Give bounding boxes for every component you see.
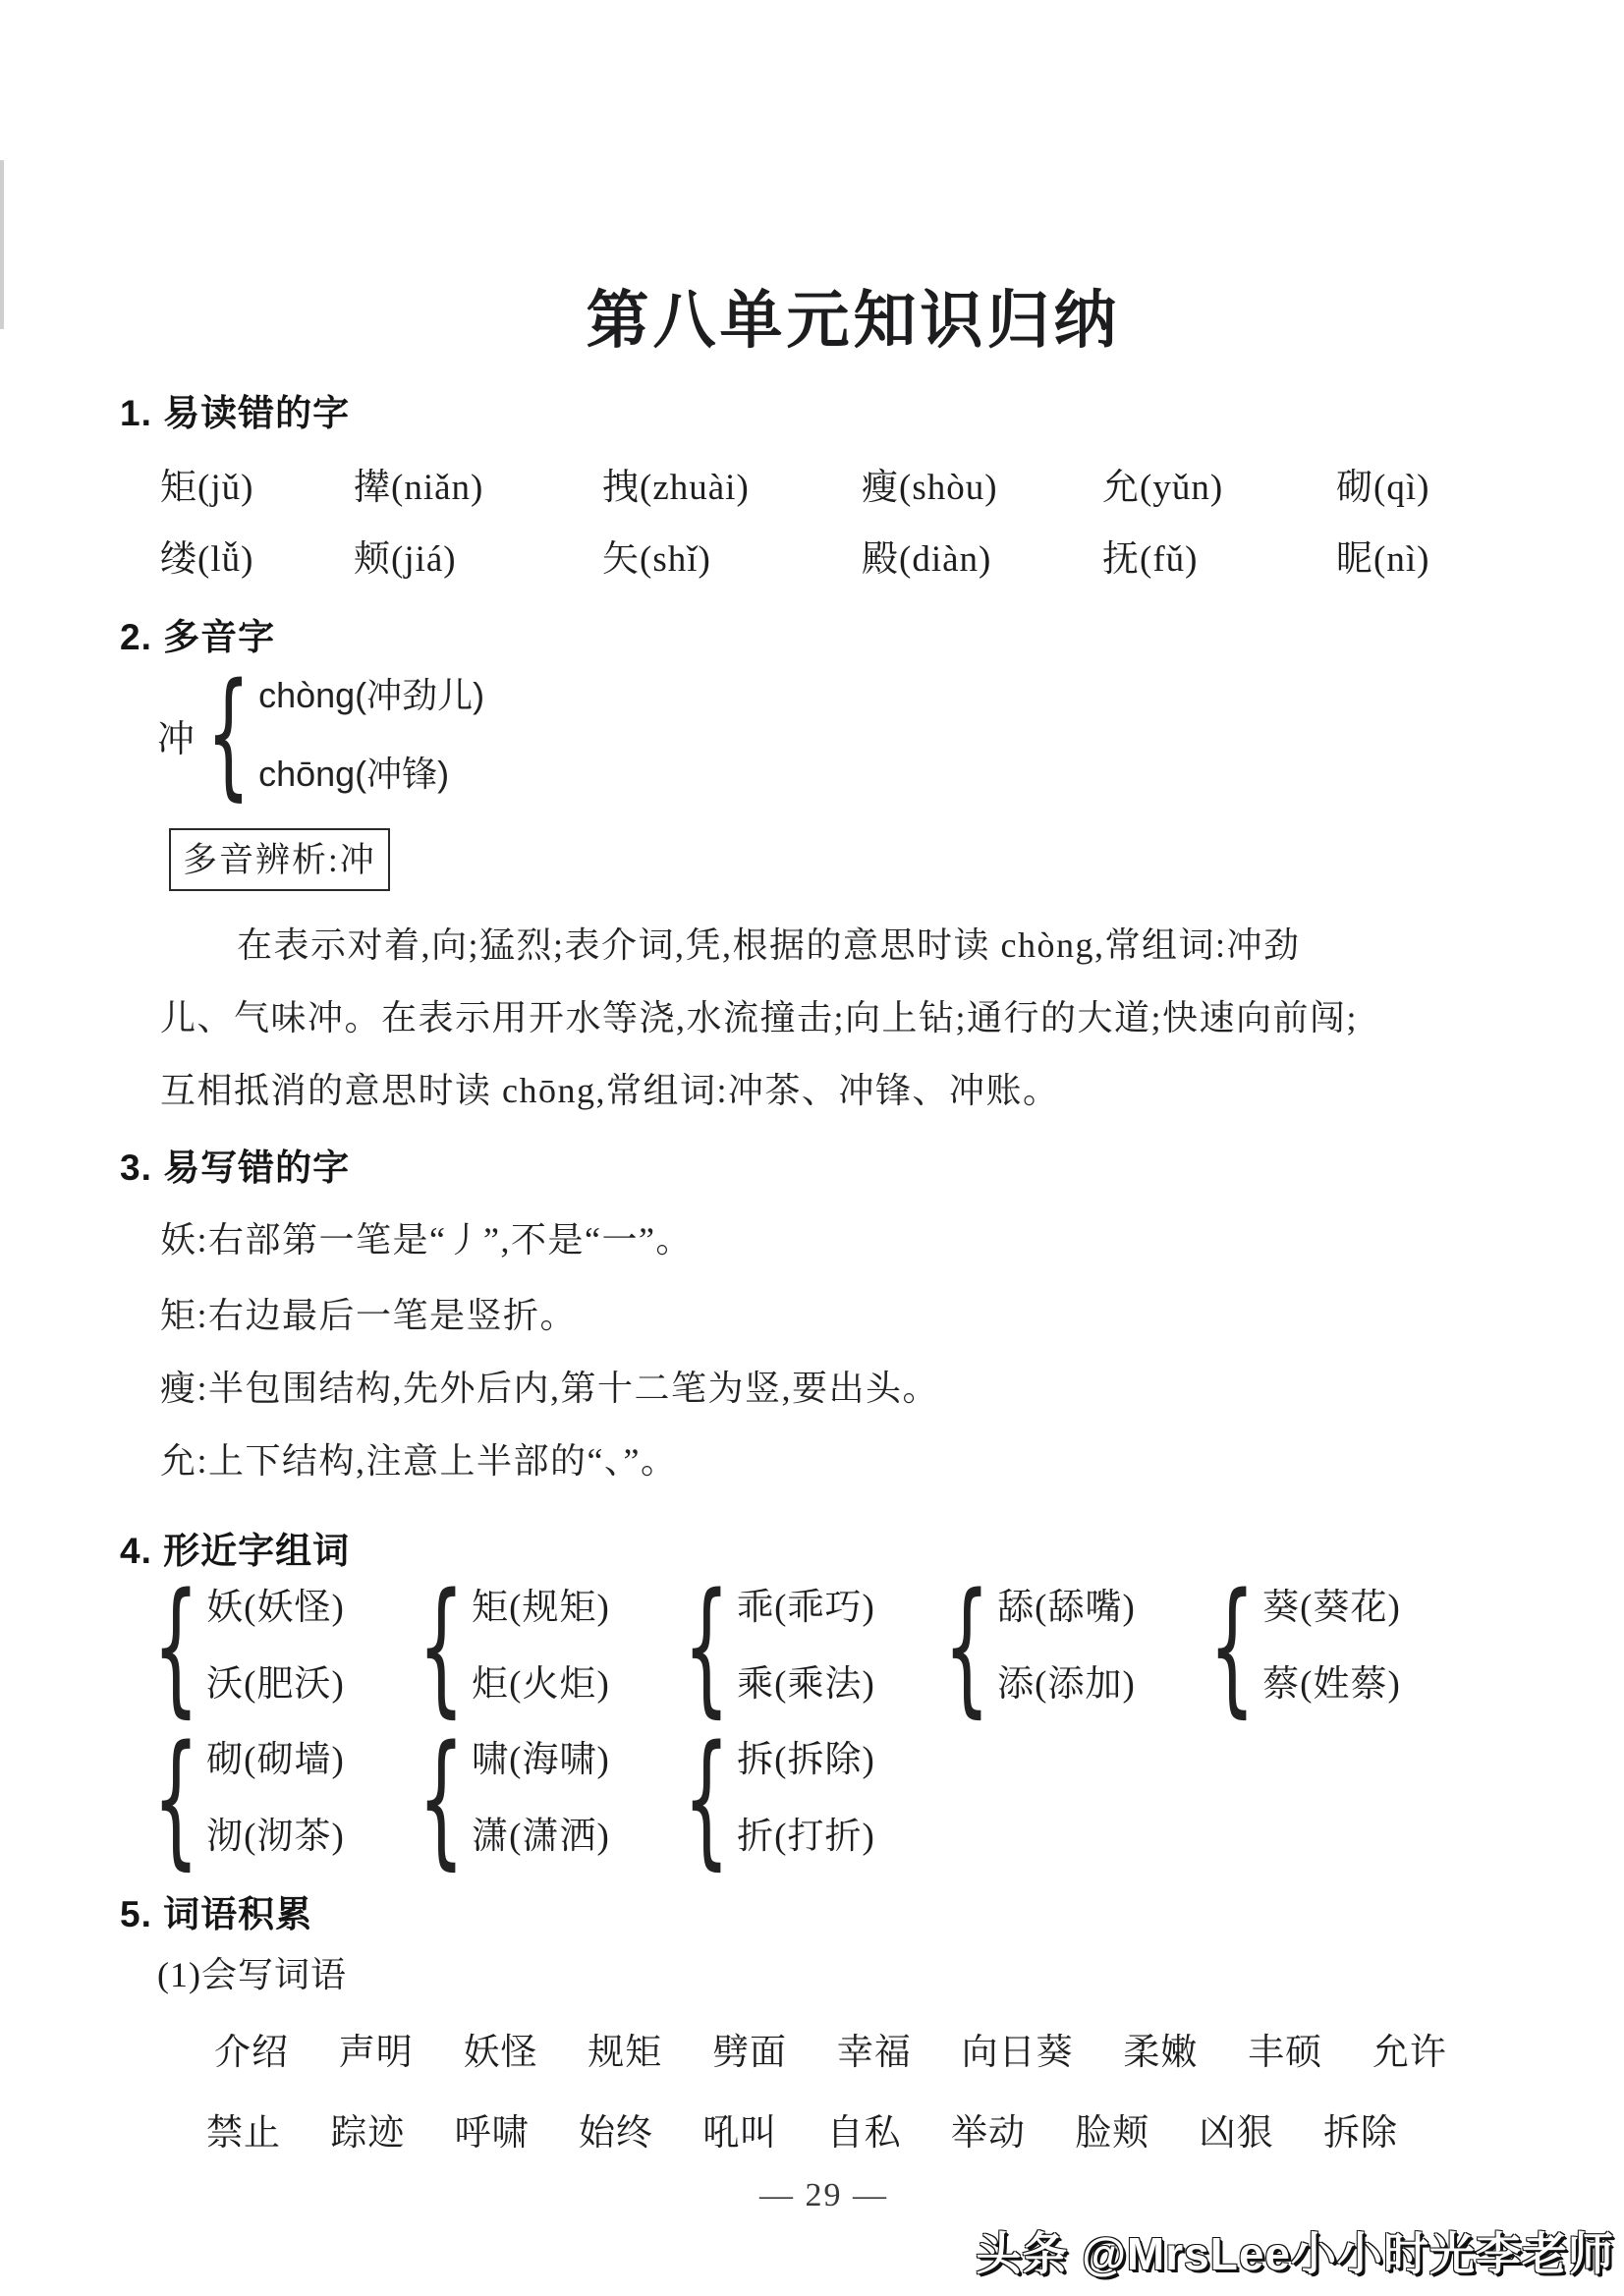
lookalike-pair: { 啸(海啸) 潇(潇洒) [409, 1722, 610, 1876]
char-pinyin-item: 拽(zhuài) [602, 457, 750, 510]
pair-top: 砌(砌墙) [206, 1722, 345, 1799]
polyphonic-character: 冲 [157, 708, 195, 762]
pair-top: 舔(舔嘴) [997, 1570, 1136, 1647]
word-item: 吼叫 [702, 2102, 777, 2156]
polyphonic-readings: chòng(冲劲儿) chōng(冲锋) [258, 656, 484, 813]
char-pinyin-item: 抚(fǔ) [1102, 529, 1198, 582]
word-item: 禁止 [206, 2102, 281, 2156]
analysis-paragraph-line-3: 互相抵消的意思时读 chōng,常组词:冲茶、冲锋、冲账。 [160, 1063, 1521, 1113]
analysis-paragraph-line-2: 儿、气味冲。在表示用开水等浇,水流撞击;向上钻;通行的大道;快速向前闯; [160, 990, 1521, 1040]
char-pinyin-item: 瘦(shòu) [862, 457, 998, 510]
word-list-row-2: 禁止 踪迹 呼啸 始终 吼叫 自私 举动 脸颊 凶狠 拆除 [206, 2102, 1398, 2156]
curly-brace-icon: { [206, 666, 251, 804]
pair-bottom: 乘(乘法) [737, 1647, 875, 1723]
pair-top: 乖(乖巧) [737, 1570, 875, 1647]
page-number-text: — 29 — [759, 2177, 888, 2213]
lookalike-pair: { 妖(妖怪) 沃(肥沃) [143, 1570, 345, 1723]
reading-chong1: chōng(冲锋) [258, 735, 484, 813]
word-item: 声明 [339, 2022, 414, 2075]
curly-brace-icon: { [684, 1574, 730, 1719]
page-number: — 29 — [0, 2177, 1624, 2214]
pair-top: 啸(海啸) [472, 1722, 610, 1799]
pair-top: 拆(拆除) [737, 1722, 875, 1799]
lookalike-pair: { 拆(拆除) 折(打折) [674, 1722, 875, 1876]
lookalike-pair: { 乖(乖巧) 乘(乘法) [674, 1570, 875, 1723]
word-item: 踪迹 [330, 2102, 405, 2156]
curly-brace-icon: { [684, 1726, 730, 1872]
word-item: 妖怪 [464, 2022, 538, 2075]
document-page: 第八单元知识归纳 1. 易读错的字 矩(jǔ) 撵(niǎn) 拽(zhuài)… [0, 0, 1624, 2296]
word-item: 允许 [1372, 2022, 1447, 2075]
misread-characters-row-1: 矩(jǔ) 撵(niǎn) 拽(zhuài) 瘦(shòu) 允(yǔn) 砌(… [0, 457, 1624, 520]
word-item: 呼啸 [455, 2102, 530, 2156]
word-item: 规矩 [588, 2022, 662, 2075]
word-item: 丰硕 [1248, 2022, 1322, 2075]
char-pinyin-item: 允(yǔn) [1102, 457, 1223, 510]
section-2-heading: 2. 多音字 [120, 607, 275, 660]
page-title-text: 第八单元知识归纳 [587, 286, 1121, 356]
pair-bottom: 沃(肥沃) [206, 1647, 345, 1723]
char-pinyin-item: 昵(nì) [1336, 529, 1429, 582]
analysis-box: 多音辨析:冲 [169, 828, 390, 891]
pair-top: 矩(规矩) [472, 1570, 610, 1647]
word-item: 自私 [827, 2102, 902, 2156]
pair-bottom: 蔡(姓蔡) [1262, 1647, 1401, 1723]
char-pinyin-item: 矢(shǐ) [602, 529, 711, 582]
miswritten-note-ju: 矩:右边最后一笔是竖折。 [160, 1288, 577, 1338]
word-list-row-1: 介绍 声明 妖怪 规矩 劈面 幸福 向日葵 柔嫩 丰硕 允许 [214, 2022, 1447, 2075]
pair-top: 妖(妖怪) [206, 1570, 345, 1647]
word-item: 凶狠 [1200, 2102, 1274, 2156]
curly-brace-icon: { [1209, 1574, 1256, 1719]
page-title: 第八单元知识归纳 [0, 270, 1624, 361]
word-item: 柔嫩 [1123, 2022, 1198, 2075]
pair-bottom: 潇(潇洒) [472, 1799, 610, 1876]
char-pinyin-item: 撵(niǎn) [354, 457, 483, 510]
char-pinyin-item: 颊(jiá) [354, 529, 457, 582]
pair-top: 葵(葵花) [1262, 1570, 1401, 1647]
char-pinyin-item: 砌(qì) [1336, 457, 1429, 510]
pair-bottom: 炬(火炬) [472, 1647, 610, 1723]
lookalike-pair: { 舔(舔嘴) 添(添加) [934, 1570, 1136, 1723]
word-item: 始终 [579, 2102, 653, 2156]
char-pinyin-item: 缕(lǚ) [160, 529, 253, 582]
word-item: 幸福 [837, 2022, 912, 2075]
toutiao-watermark: 头条 @MrsLee小小时光李老师 [976, 2218, 1614, 2283]
pair-bottom: 折(打折) [737, 1799, 875, 1876]
word-item: 举动 [951, 2102, 1026, 2156]
lookalike-pair: { 砌(砌墙) 沏(沏茶) [143, 1722, 345, 1876]
word-item: 脸颊 [1075, 2102, 1149, 2156]
curly-brace-icon: { [419, 1574, 465, 1719]
lookalike-pair: { 葵(葵花) 蔡(姓蔡) [1200, 1570, 1401, 1723]
miswritten-note-yao: 妖:右部第一笔是“丿”,不是“一”。 [160, 1212, 693, 1262]
curly-brace-icon: { [419, 1726, 465, 1872]
section-1-heading: 1. 易读错的字 [120, 383, 350, 436]
char-pinyin-item: 殿(diàn) [862, 529, 991, 582]
word-item: 劈面 [712, 2022, 787, 2075]
lookalike-pair: { 矩(规矩) 炬(火炬) [409, 1570, 610, 1723]
miswritten-note-shou: 瘦:半包围结构,先外后内,第十二笔为竖,要出头。 [160, 1361, 939, 1411]
section-5-sub-heading: (1)会写词语 [157, 1947, 347, 1997]
word-item: 向日葵 [962, 2022, 1074, 2075]
pair-bottom: 添(添加) [997, 1647, 1136, 1723]
reading-chong4: chòng(冲劲儿) [258, 656, 484, 735]
section-3-heading: 3. 易写错的字 [120, 1138, 350, 1191]
pair-bottom: 沏(沏茶) [206, 1799, 345, 1876]
section-5-heading: 5. 词语积累 [120, 1884, 312, 1937]
curly-brace-icon: { [153, 1726, 199, 1872]
analysis-paragraph-line-1: 在表示对着,向;猛烈;表介词,凭,根据的意思时读 chòng,常组词:冲劲 [160, 918, 1521, 968]
polyphonic-diagram: 冲 { chòng(冲劲儿) chōng(冲锋) [157, 656, 484, 813]
curly-brace-icon: { [153, 1574, 199, 1719]
word-item: 拆除 [1323, 2102, 1398, 2156]
char-pinyin-item: 矩(jǔ) [160, 457, 253, 510]
word-item: 介绍 [214, 2022, 289, 2075]
miswritten-note-yun: 允:上下结构,注意上半部的“、”。 [160, 1433, 677, 1484]
misread-characters-row-2: 缕(lǚ) 颊(jiá) 矢(shǐ) 殿(diàn) 抚(fǔ) 昵(nì) [0, 529, 1624, 591]
curly-brace-icon: { [944, 1574, 990, 1719]
